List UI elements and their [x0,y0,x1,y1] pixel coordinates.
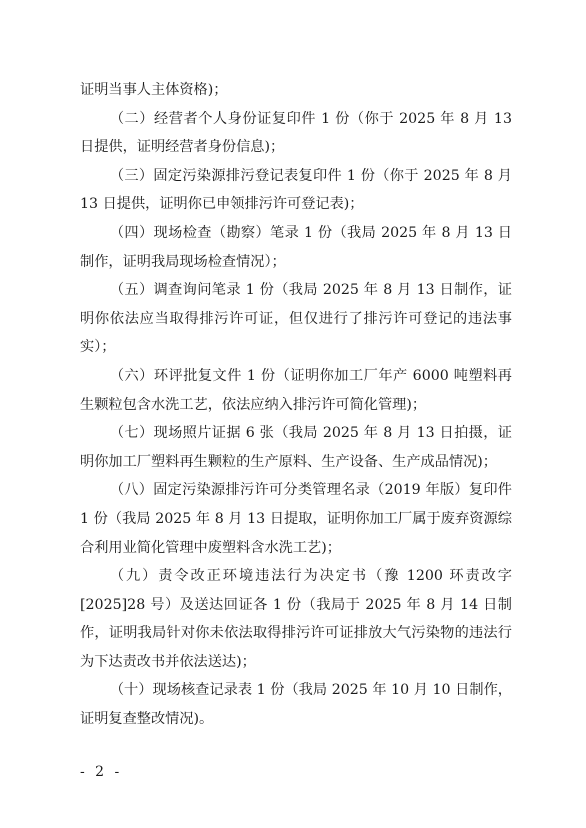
evidence-item-3: （三）固定污染源排污登记表复印件 1 份（你于 2025 年 8 月 13 日提… [80,162,512,219]
evidence-item-8: （八）固定污染源排污许可分类管理名录（2019 年版）复印件 1 份（我局 20… [80,476,512,562]
page-number: - 2 - [80,764,122,780]
evidence-item-2: （二）经营者个人身份证复印件 1 份（你于 2025 年 8 月 13 日提供，… [80,105,512,162]
evidence-item-6: （六）环评批复文件 1 份（证明你加工厂年产 6000 吨塑料再生颗粒包含水洗工… [80,362,512,419]
document-body: 证明当事人主体资格)； （二）经营者个人身份证复印件 1 份（你于 2025 年… [80,76,512,734]
evidence-item-10: （十）现场核查记录表 1 份（我局 2025 年 10 月 10 日制作，证明复… [80,676,512,733]
document-page: 证明当事人主体资格)； （二）经营者个人身份证复印件 1 份（你于 2025 年… [0,0,586,828]
evidence-item-4: （四）现场检查（勘察）笔录 1 份（我局 2025 年 8 月 13 日制作，证… [80,219,512,276]
evidence-item-9: （九）责令改正环境违法行为决定书（豫 1200 环责改字[2025]28 号）及… [80,562,512,676]
evidence-item-7: （七）现场照片证据 6 张（我局 2025 年 8 月 13 日拍摄，证明你加工… [80,419,512,476]
paragraph-continuation: 证明当事人主体资格)； [80,76,512,105]
evidence-item-5: （五）调查询问笔录 1 份（我局 2025 年 8 月 13 日制作，证明你依法… [80,276,512,362]
